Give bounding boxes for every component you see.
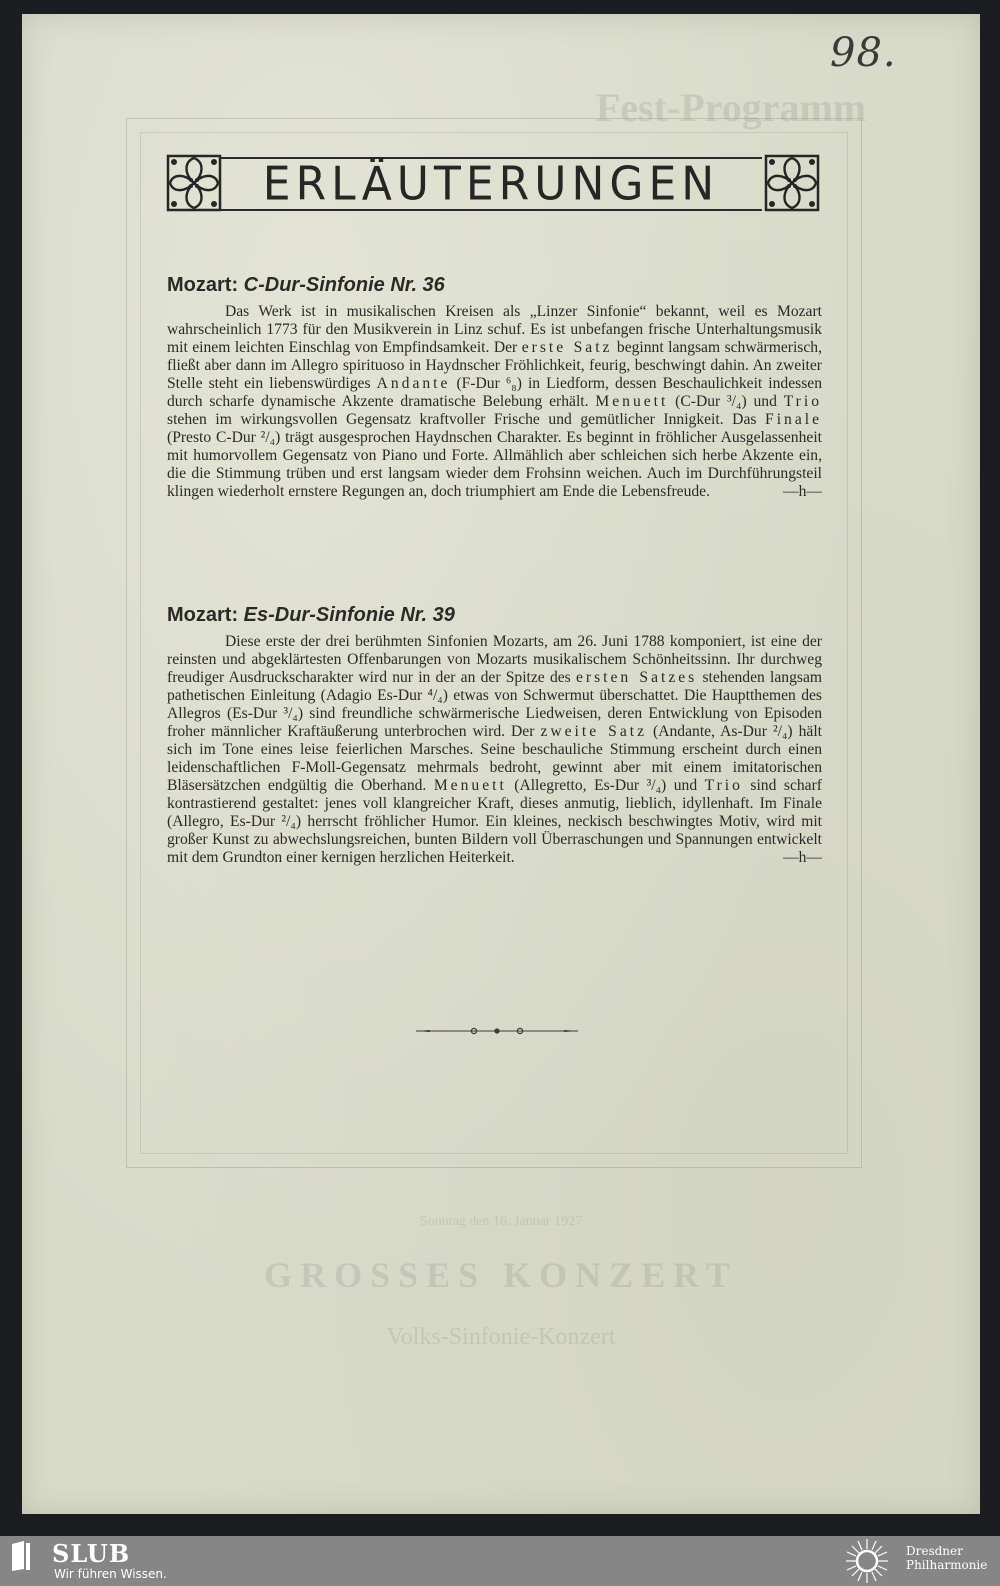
- philharmonie-brand[interactable]: Dresdner Philharmonie: [906, 1544, 987, 1572]
- show-through-line: Volks-Sinfonie-Konzert: [22, 1324, 980, 1351]
- spaced-term: ersten Satzes: [576, 669, 697, 686]
- slub-brand[interactable]: SLUB: [52, 1539, 130, 1568]
- spaced-term: zweite Satz: [540, 723, 647, 740]
- brand-line: Dresdner: [906, 1544, 987, 1558]
- work-title: C-Dur-Sinfonie Nr. 36: [244, 274, 445, 296]
- spaced-term: Trio: [705, 777, 743, 794]
- title-banner: ERLÄUTERUNGEN: [166, 154, 820, 212]
- section-symphony-39: Mozart: Es-Dur-Sinfonie Nr. 39 Diese ers…: [167, 604, 822, 867]
- spaced-term: Finale: [765, 411, 822, 428]
- show-through-line: GROSSES KONZERT: [22, 1254, 980, 1296]
- spaced-term: erste Satz: [522, 339, 613, 356]
- page-title: ERLÄUTERUNGEN: [263, 157, 719, 211]
- spaced-term: Andante: [377, 375, 451, 392]
- handwritten-page-number: 98.: [830, 30, 897, 76]
- section-heading: Mozart: C-Dur-Sinfonie Nr. 36: [167, 274, 822, 297]
- composer-name: Mozart:: [167, 274, 238, 296]
- section-symphony-36: Mozart: C-Dur-Sinfonie Nr. 36 Das Werk i…: [167, 274, 822, 501]
- text-run: (Allegretto, Es-Dur ³/₄) und: [507, 777, 705, 794]
- ornamental-divider-icon: [416, 1026, 578, 1036]
- text-run: (C-Dur ³/₄) und: [668, 393, 783, 410]
- document-page: 98. Fest-Programm Sonntag den 16. Januar…: [22, 14, 980, 1514]
- banner-frame: ERLÄUTERUNGEN: [220, 157, 762, 211]
- text-run: stehen im wirkungsvollen Gegensatz kraft…: [167, 411, 765, 428]
- work-title: Es-Dur-Sinfonie Nr. 39: [244, 604, 455, 626]
- spaced-term: Menuett: [595, 393, 668, 410]
- sunburst-logo-icon[interactable]: [844, 1537, 890, 1585]
- composer-name: Mozart:: [167, 604, 238, 626]
- slub-tagline: Wir führen Wissen.: [54, 1567, 167, 1581]
- section-paragraph: Diese erste der drei berühmten Sinfonien…: [167, 633, 822, 867]
- brand-line: Philharmonie: [906, 1558, 987, 1572]
- book-icon: [10, 1540, 32, 1572]
- spaced-term: Menuett: [434, 777, 507, 794]
- viewer-footer: SLUB Wir führen Wissen. Dresdner Philhar…: [0, 1536, 1000, 1586]
- floral-ornament-icon: [166, 154, 222, 212]
- floral-ornament-icon: [764, 154, 820, 212]
- spaced-term: Trio: [784, 393, 822, 410]
- show-through-line: Sonntag den 16. Januar 1927: [22, 1214, 980, 1230]
- section-heading: Mozart: Es-Dur-Sinfonie Nr. 39: [167, 604, 822, 627]
- section-paragraph: Das Werk ist in musikalischen Kreisen al…: [167, 303, 822, 501]
